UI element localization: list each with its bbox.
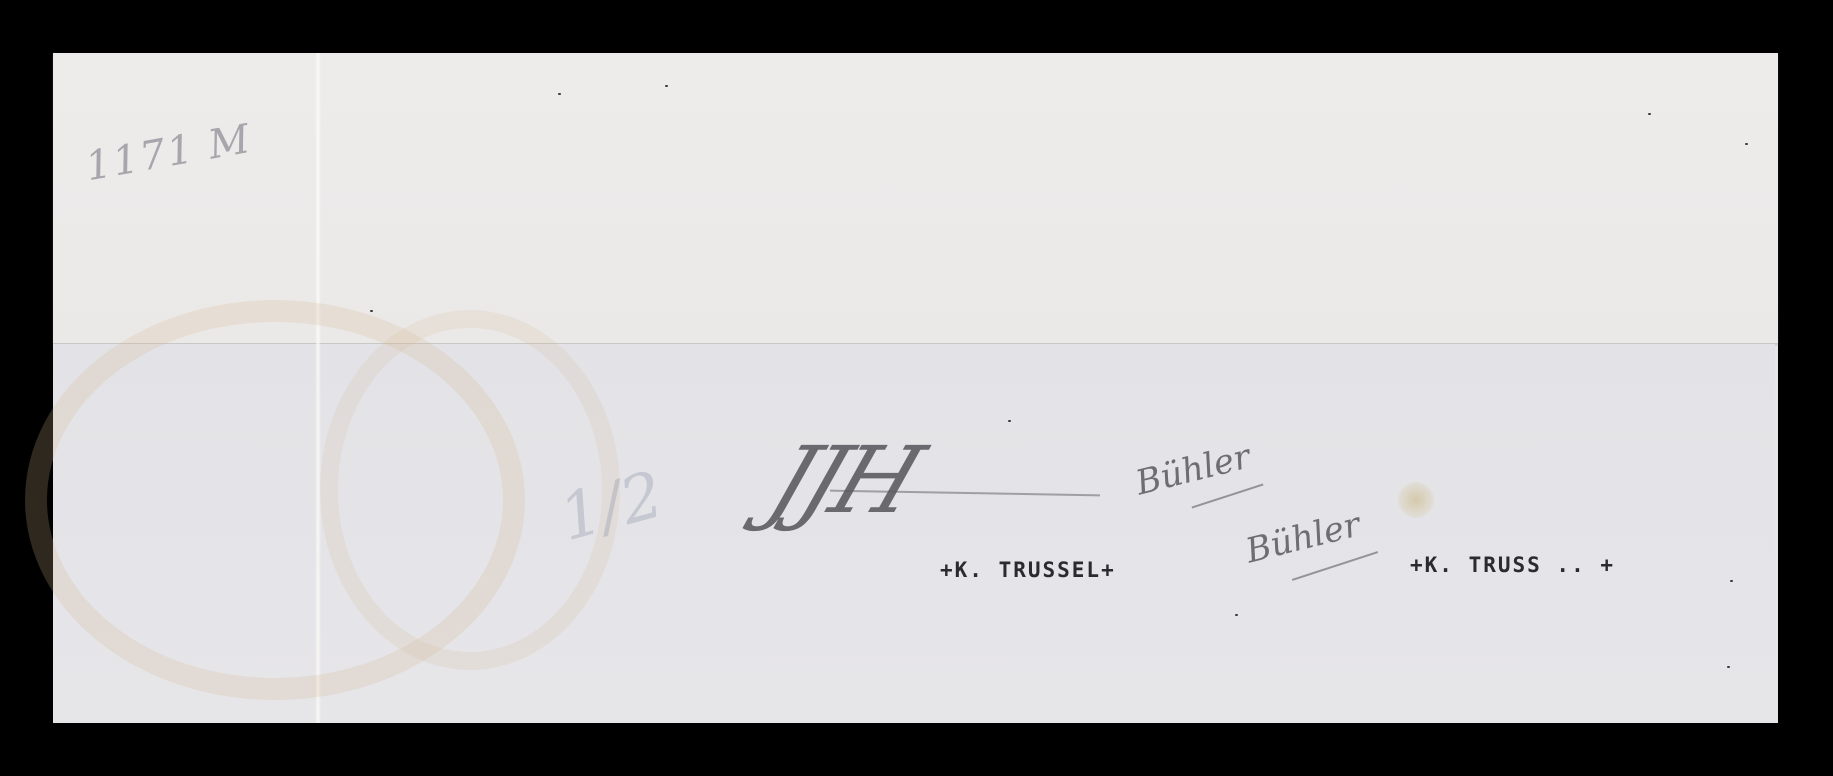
expert-handstamp-1: +K. TRUSSEL+ — [940, 558, 1116, 582]
upper-folded-flap — [53, 53, 1778, 344]
foxing-stain — [1398, 482, 1434, 518]
expert-handstamp-2: +K. TRUSS .. + — [1410, 553, 1615, 577]
